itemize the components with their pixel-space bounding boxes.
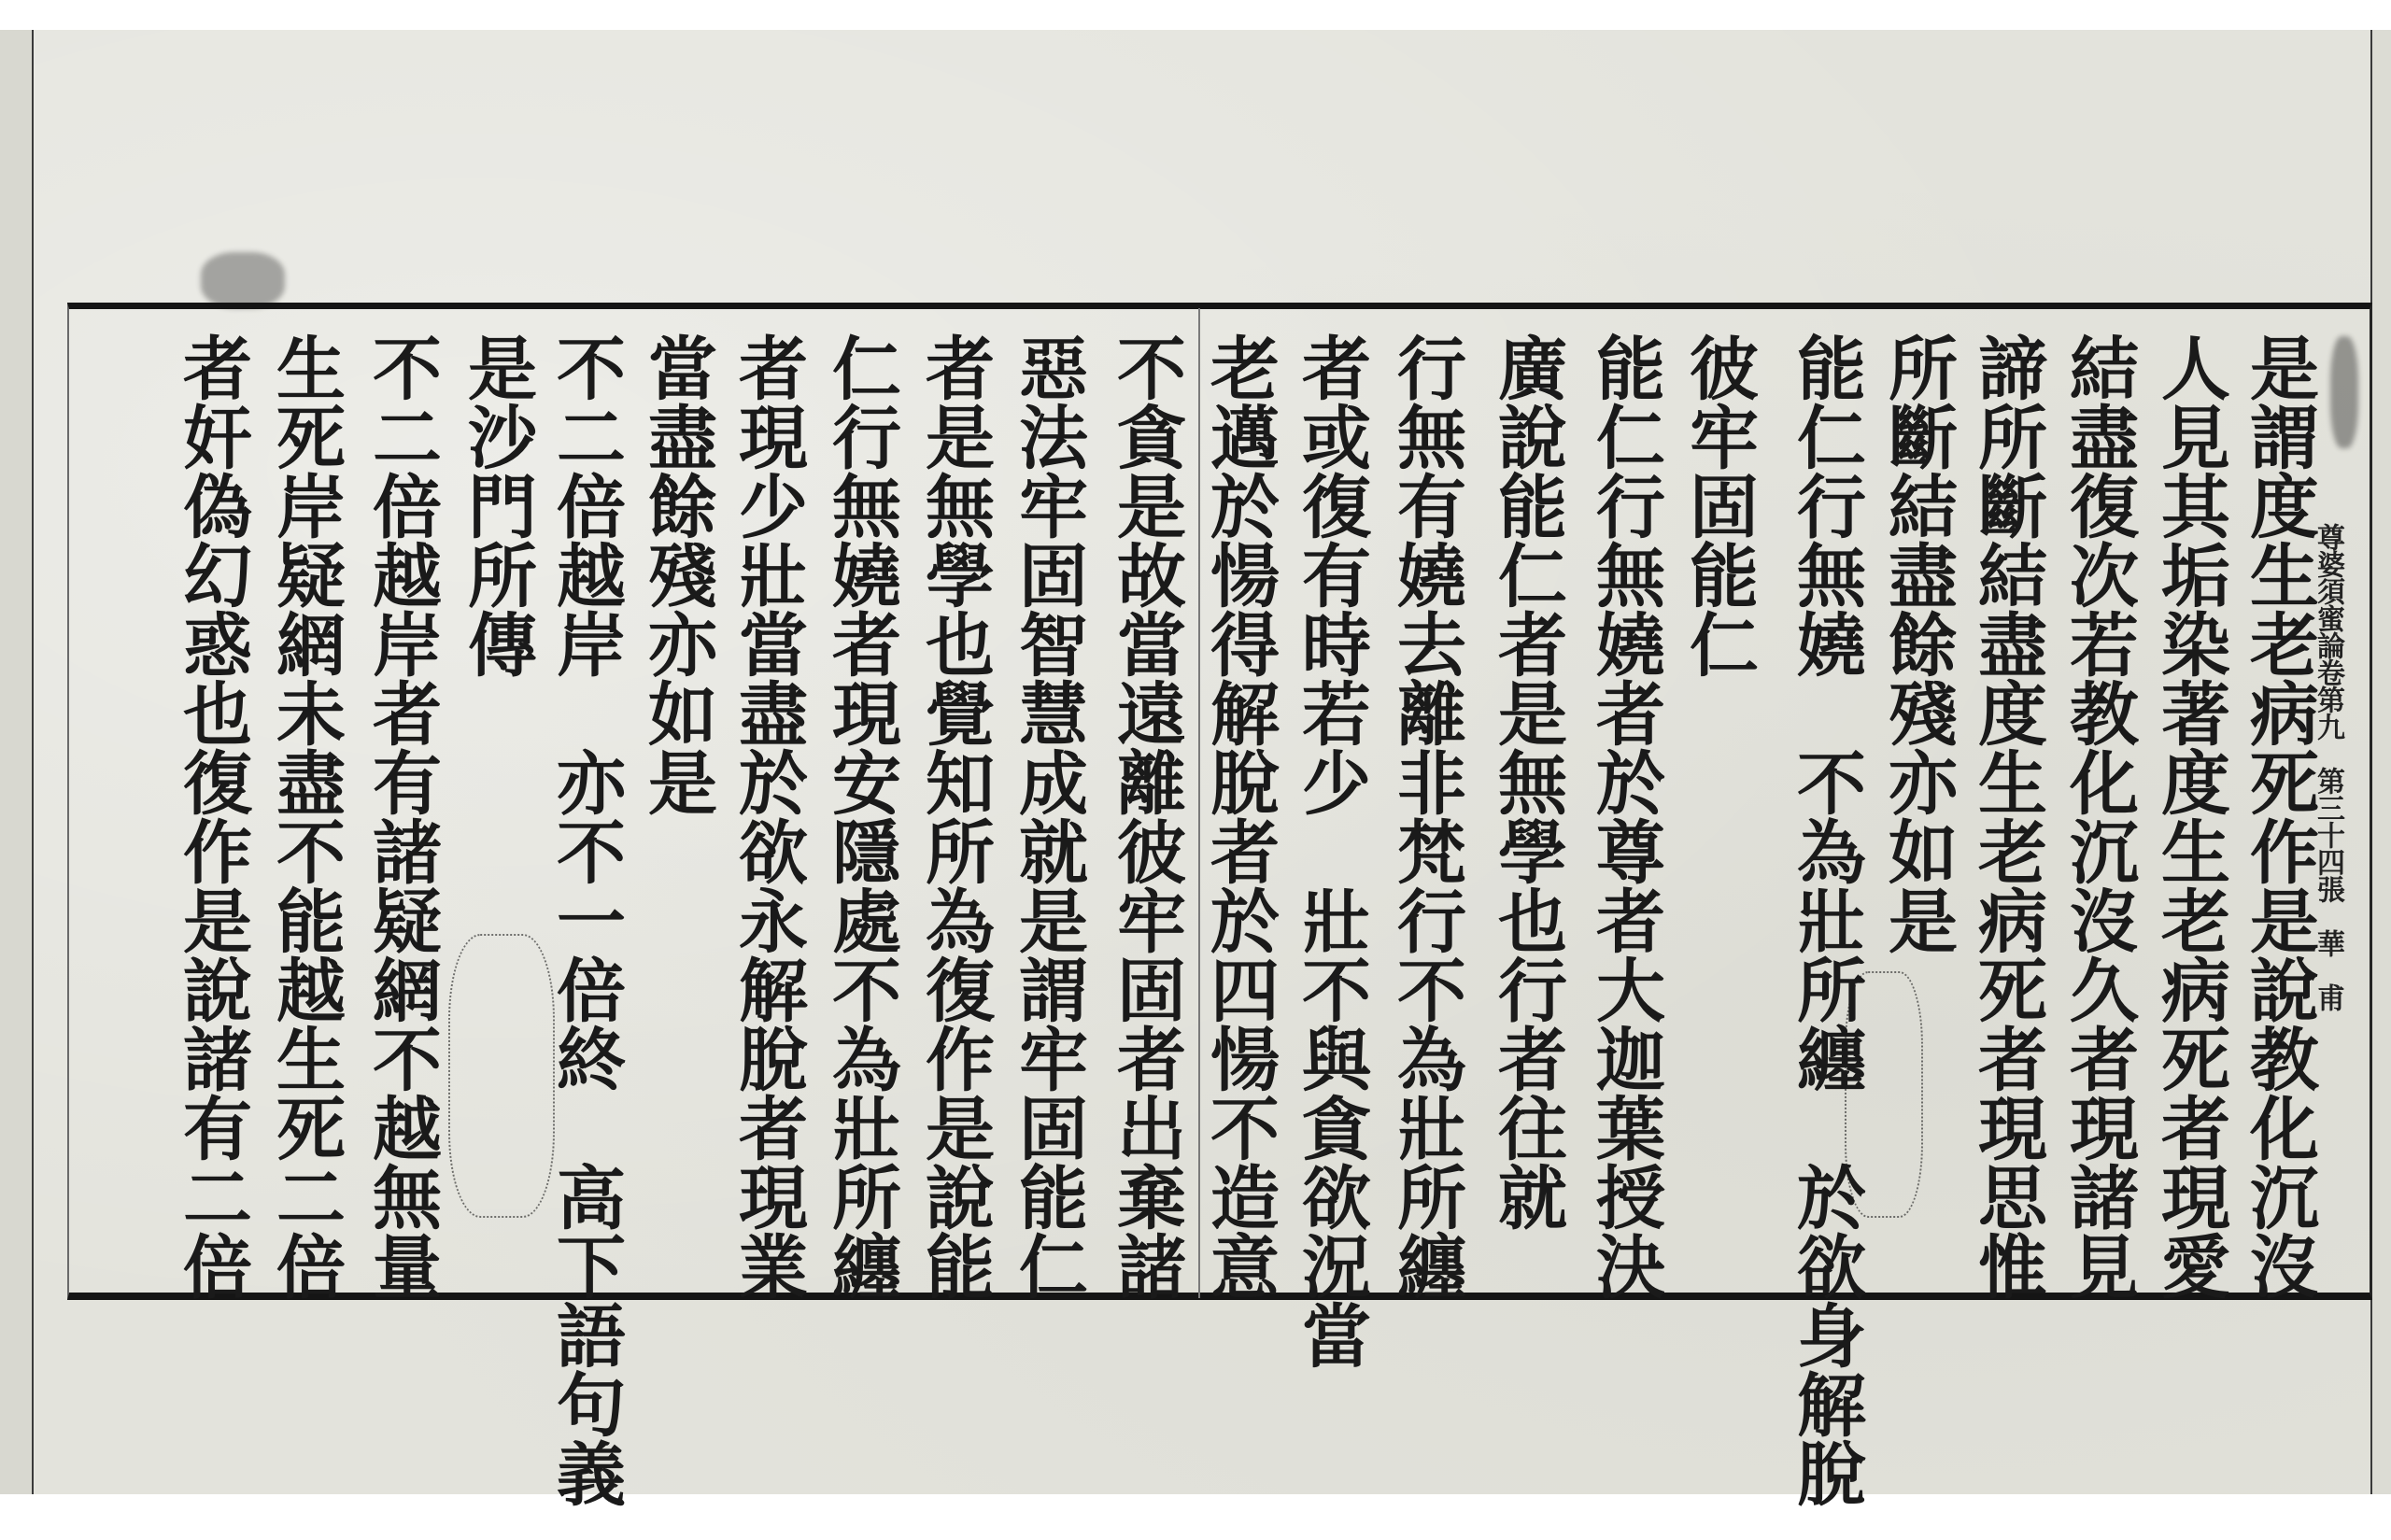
text-column-20: 是沙門所傳 (462, 332, 531, 678)
text-column-15: 者是無學也覺知所為復作是說能 (920, 332, 989, 1300)
text-column-18: 當盡餘殘亦如是 (643, 332, 712, 816)
ink-smudge-margin (2330, 336, 2358, 448)
text-column-9: 廣說能仁者是無學也行者往就 (1493, 332, 1562, 1231)
text-column-1: 是謂度生老病死作是說教化沉沒 (2244, 332, 2313, 1300)
text-column-22: 生死岸疑網未盡不能越生死二倍 (271, 332, 340, 1300)
text-column-21: 不二倍越岸者有諸疑網不越無量 (367, 332, 436, 1300)
text-column-7: 彼牢固能仁 (1684, 332, 1753, 678)
seal-impression-left (448, 934, 555, 1218)
right-page-edge (2370, 30, 2391, 1494)
text-column-6: 能仁行無嬈 不為壯所纏 於欲身解脫 (1791, 332, 1860, 1507)
text-column-5: 所斷結盡餘殘亦如是 (1883, 332, 1952, 954)
text-column-2: 人見其垢染著度生老病死者現愛 (2156, 332, 2225, 1300)
text-column-12: 老邁於愓得解脫者於四愓不造意 (1205, 332, 1274, 1300)
left-page-edge (0, 30, 34, 1494)
text-column-4: 諦所斷結盡度生老病死者現思惟 (1973, 332, 2042, 1300)
text-column-11: 者或復有時若少 壯不與貪欲況當 (1296, 332, 1365, 1369)
ink-smudge-top-left (201, 252, 285, 308)
text-column-8: 能仁行無嬈者於尊者大迦葉授決 (1591, 332, 1660, 1300)
text-column-10: 行無有嬈去離非梵行不為壯所纏 (1392, 332, 1461, 1300)
text-column-16: 仁行無嬈者現安隱處不為壯所纏 (827, 332, 896, 1300)
text-column-17: 者現少壯當盡於欲永解脫者現業 (733, 332, 802, 1300)
text-column-23: 者奸偽幻惑也復作是說諸有二倍 (177, 332, 247, 1300)
text-column-19: 不二倍越岸 亦不一倍終 高下語句義 (551, 332, 620, 1507)
text-column-3: 結盡復次若教化沉沒久者現諸見 (2064, 332, 2133, 1300)
text-column-13: 不貪是故當遠離彼牢固者出棄諸 (1111, 332, 1181, 1300)
text-column-14: 惡法牢固智慧成就是謂牢固能仁 (1013, 332, 1082, 1300)
